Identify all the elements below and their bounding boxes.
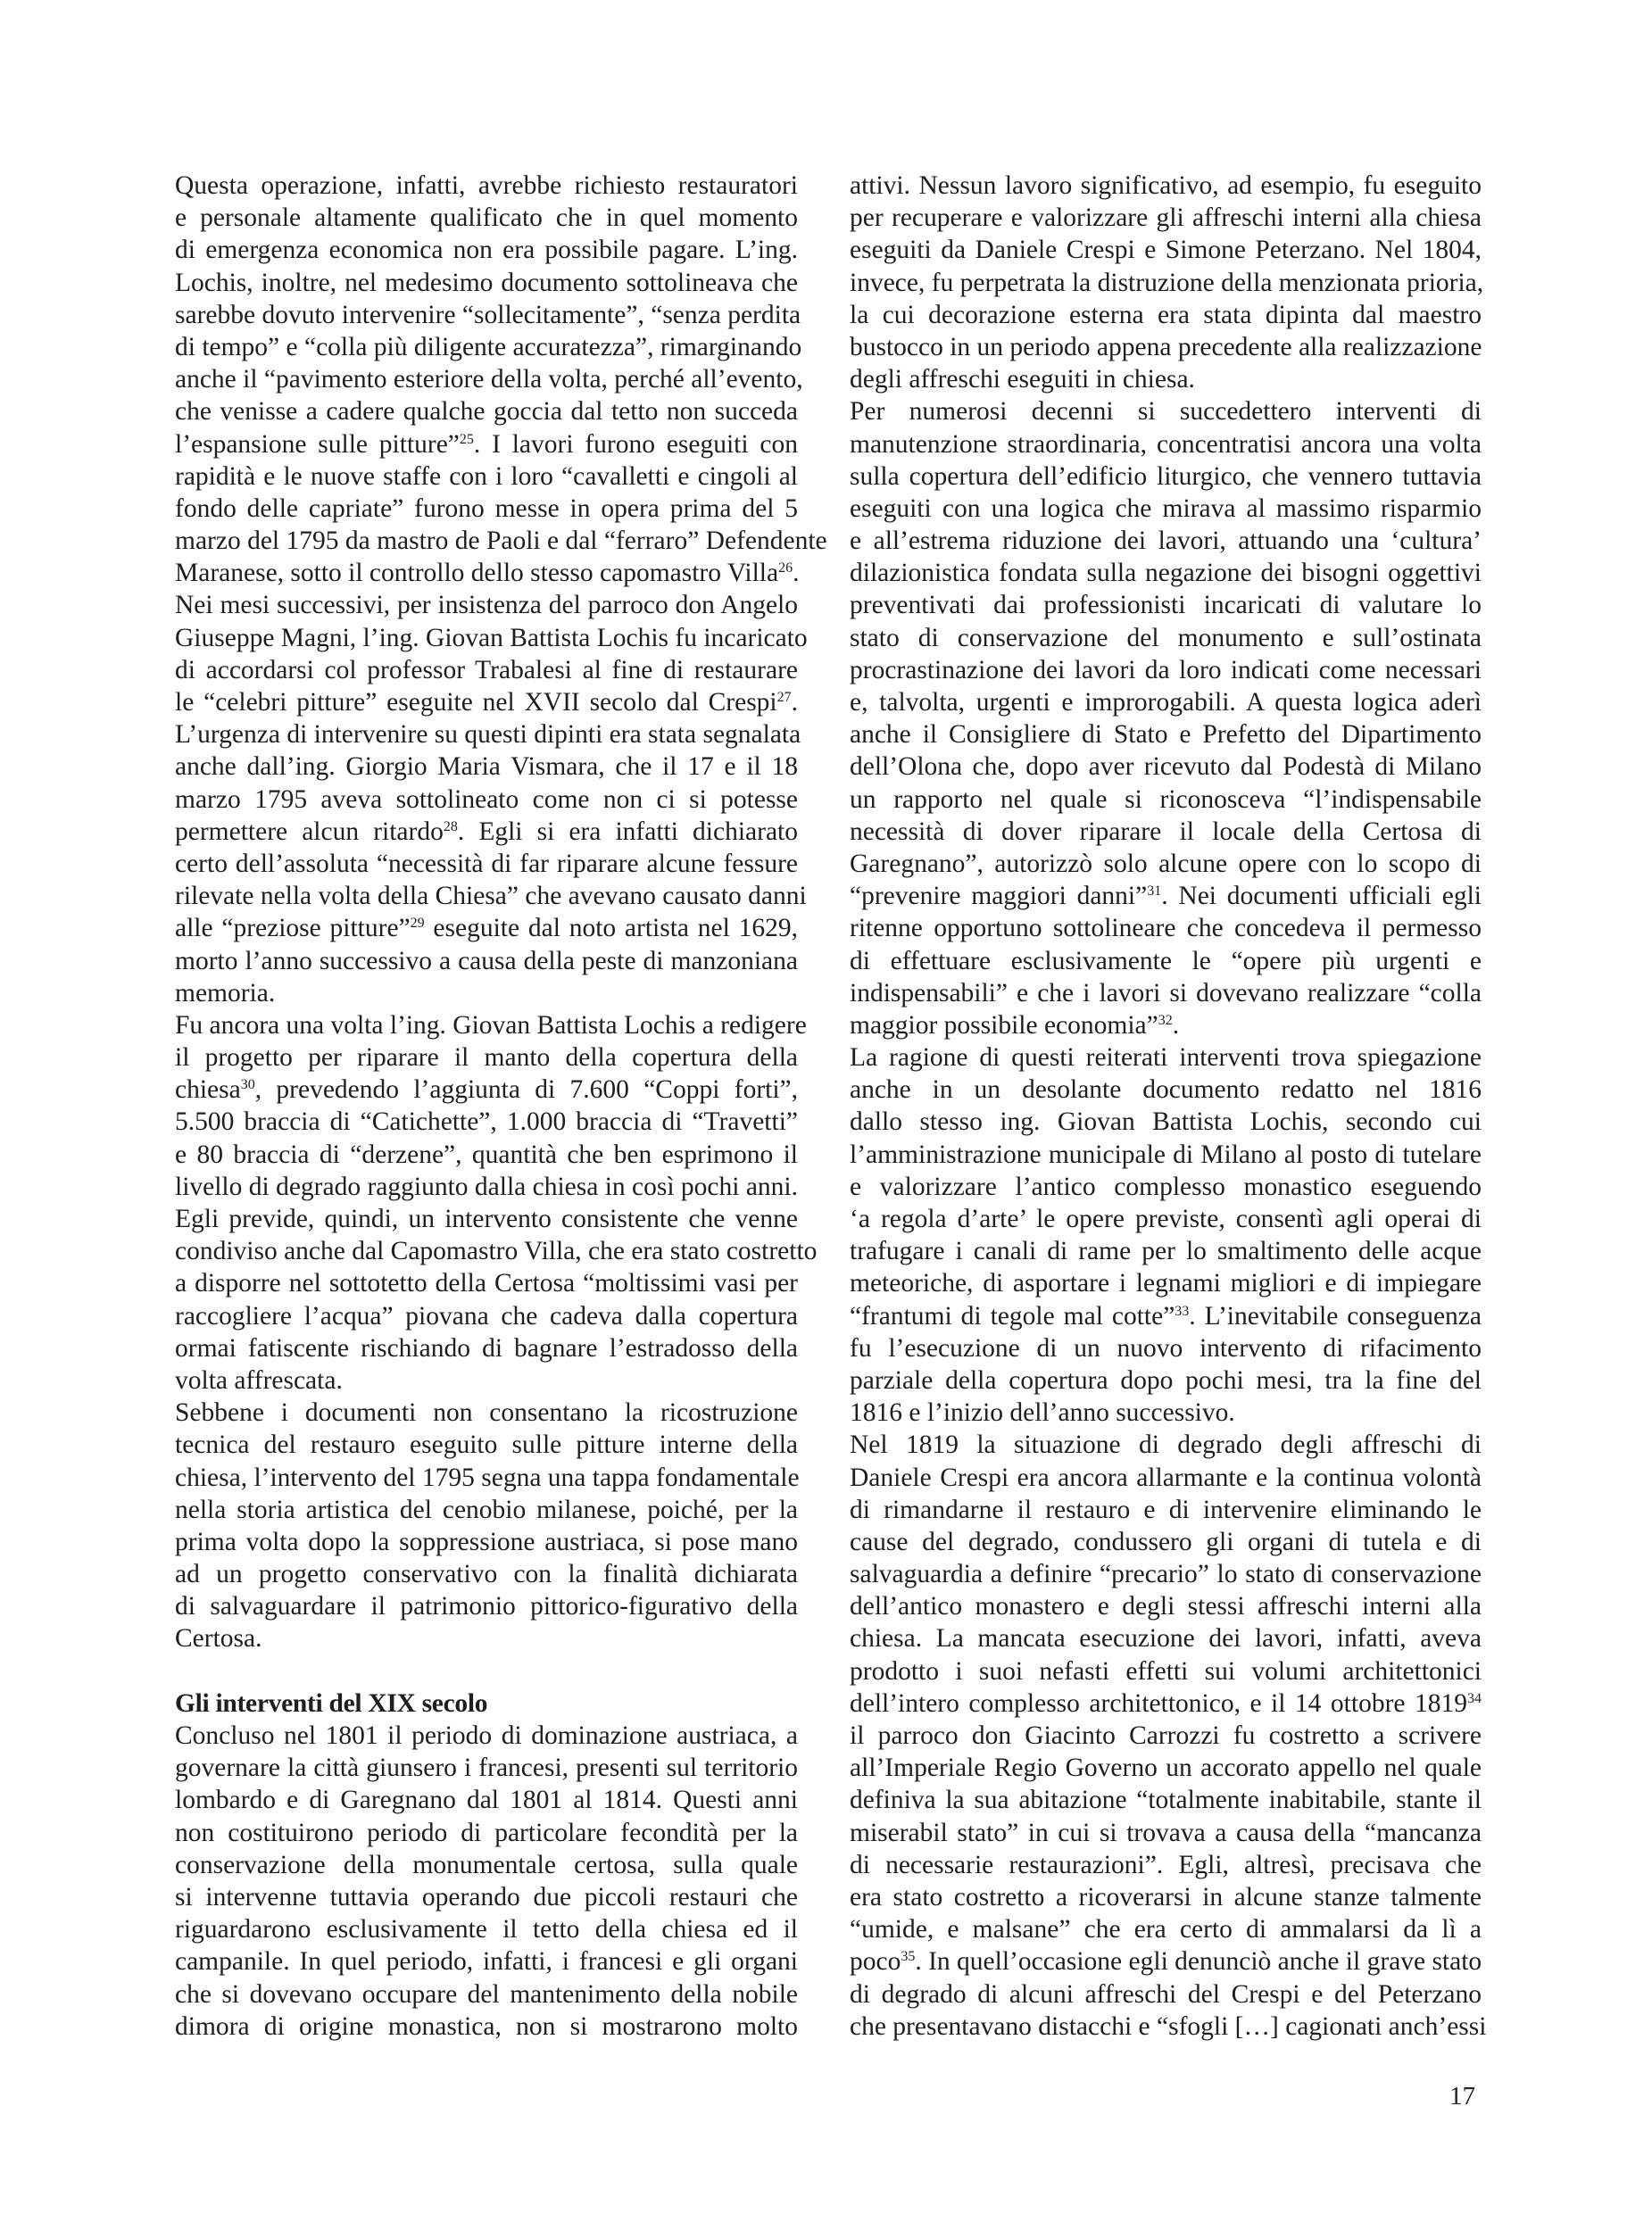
text-line: all’Imperiale Regio Governo un accorato … <box>850 1752 1482 1784</box>
text-line: di degrado di alcuni affreschi del Cresp… <box>850 1978 1482 2011</box>
text-line: conservazione della monumentale certosa,… <box>175 1849 798 1881</box>
footnote-marker: 26 <box>778 560 793 576</box>
text-line: marzo del 1795 da mastro de Paoli e dal … <box>175 525 798 557</box>
text-line: bustocco in un periodo appena precedente… <box>850 331 1482 363</box>
text-line: Questa operazione, infatti, avrebbe rich… <box>175 170 798 202</box>
text-line: “frantumi di tegole mal cotte”33. L’inev… <box>850 1300 1482 1332</box>
text-line: maggior possibile economia”32. <box>850 1009 1482 1041</box>
text-line: Daniele Crespi era ancora allarmante e l… <box>850 1462 1482 1494</box>
text-line: il progetto per riparare il manto della … <box>175 1041 798 1074</box>
text-line: necessità di dover riparare il locale de… <box>850 816 1482 848</box>
text-line: “prevenire maggiori danni”31. Nei docume… <box>850 880 1482 912</box>
text-line: manutenzione straordinaria, concentratis… <box>850 428 1482 460</box>
text-line: volta affrescata. <box>175 1364 798 1397</box>
text-line: La ragione di questi reiterati intervent… <box>850 1041 1482 1074</box>
text-line: raccogliere l’acqua” piovana che cadeva … <box>175 1300 798 1332</box>
right-column: attivi. Nessun lavoro significativo, ad … <box>850 170 1482 2043</box>
text-line: rilevate nella volta della Chiesa” che a… <box>175 880 798 912</box>
footnote-marker: 33 <box>1175 1304 1189 1319</box>
text-line: di accordarsi col professor Trabalesi al… <box>175 654 798 686</box>
text-line: di necessarie restaurazioni”. Egli, altr… <box>850 1849 1482 1881</box>
text-line: preventivati dai professionisti incarica… <box>850 589 1482 621</box>
text-line: un rapporto nel quale si riconosceva “l’… <box>850 784 1482 816</box>
text-line: sarebbe dovuto intervenire “sollecitamen… <box>175 299 798 331</box>
footnote-marker: 35 <box>901 1949 915 1964</box>
text-line: invece, fu perpetrata la distruzione del… <box>850 267 1482 299</box>
text-line: attivi. Nessun lavoro significativo, ad … <box>850 170 1482 202</box>
text-line: meteoriche, di asportare i legnami migli… <box>850 1267 1482 1299</box>
page-number: 17 <box>1449 2082 1475 2111</box>
text-line: condiviso anche dal Capomastro Villa, ch… <box>175 1235 798 1267</box>
footnote-marker: 28 <box>444 819 458 834</box>
text-line: ritenne opportuno sottolineare che conce… <box>850 912 1482 944</box>
text-line: l’amministrazione municipale di Milano a… <box>850 1139 1482 1171</box>
text-line: anche in un desolante documento redatto … <box>850 1074 1482 1106</box>
paragraph: attivi. Nessun lavoro significativo, ad … <box>850 170 1482 395</box>
text-line: che presentavano distacchi e “sfogli […]… <box>850 2011 1482 2043</box>
text-line: memoria. <box>175 977 798 1009</box>
text-line: degli affreschi eseguiti in chiesa. <box>850 363 1482 395</box>
text-line: Maranese, sotto il controllo dello stess… <box>175 557 798 589</box>
text-line: Giuseppe Magni, l’ing. Giovan Battista L… <box>175 622 798 654</box>
paragraph: Nel 1819 la situazione di degrado degli … <box>850 1429 1482 2043</box>
footnote-marker: 27 <box>777 690 792 705</box>
text-line: la cui decorazione esterna era stata dip… <box>850 299 1482 331</box>
text-line: cause del degrado, condussero gli organi… <box>850 1526 1482 1558</box>
text-line: ad un progetto conservativo con la final… <box>175 1558 798 1590</box>
text-line: e, talvolta, urgenti e improrogabili. A … <box>850 686 1482 718</box>
text-line: ‘a regola d’arte’ le opere previste, con… <box>850 1203 1482 1235</box>
text-line: e valorizzare l’antico complesso monasti… <box>850 1171 1482 1203</box>
text-line: Lochis, inoltre, nel medesimo documento … <box>175 267 798 299</box>
text-line: Egli previde, quindi, un intervento cons… <box>175 1203 798 1235</box>
text-line: e 80 braccia di “derzene”, quantità che … <box>175 1139 798 1171</box>
text-line: non costituirono periodo di particolare … <box>175 1817 798 1849</box>
text-line: e personale altamente qualificato che in… <box>175 202 798 234</box>
paragraph: La ragione di questi reiterati intervent… <box>850 1041 1482 1429</box>
text-line: morto l’anno successivo a causa della pe… <box>175 945 798 977</box>
paragraph: Sebbene i documenti non consentano la ri… <box>175 1397 798 1655</box>
text-line: dimora di origine monastica, non si most… <box>175 2011 798 2043</box>
text-line: livello di degrado raggiunto dalla chies… <box>175 1171 798 1203</box>
paragraph: Fu ancora una volta l’ing. Giovan Battis… <box>175 1009 798 1397</box>
document-page: Questa operazione, infatti, avrebbe rich… <box>0 0 1652 2214</box>
text-line: si intervenne tuttavia operando due picc… <box>175 1881 798 1913</box>
text-line: di effettuare esclusivamente le “opere p… <box>850 945 1482 977</box>
text-line: eseguiti da Daniele Crespi e Simone Pete… <box>850 234 1482 266</box>
text-line: tecnica del restauro eseguito sulle pitt… <box>175 1429 798 1461</box>
footnote-marker: 31 <box>1147 883 1161 899</box>
text-line: per recuperare e valorizzare gli affresc… <box>850 202 1482 234</box>
text-line: dell’Olona che, dopo aver ricevuto dal P… <box>850 750 1482 783</box>
footnote-marker: 25 <box>460 432 474 447</box>
text-line: anche il “pavimento esteriore della volt… <box>175 363 798 395</box>
text-line: fondo delle capriate” furono messe in op… <box>175 493 798 525</box>
text-line: miserabil stato” in cui si trovava a cau… <box>850 1817 1482 1849</box>
text-line: nella storia artistica del cenobio milan… <box>175 1494 798 1526</box>
text-line: Garegnano”, autorizzò solo alcune opere … <box>850 848 1482 880</box>
text-line: ormai fatiscente rischiando di bagnare l… <box>175 1332 798 1364</box>
text-line: L’urgenza di intervenire su questi dipin… <box>175 718 798 750</box>
text-line: prima volta dopo la soppressione austria… <box>175 1526 798 1558</box>
text-line: Concluso nel 1801 il periodo di dominazi… <box>175 1720 798 1752</box>
text-line: parziale della copertura dopo pochi mesi… <box>850 1364 1482 1397</box>
footnote-marker: 32 <box>1158 1013 1173 1028</box>
text-line: indispensabili” e che i lavori si doveva… <box>850 977 1482 1009</box>
text-line: Nei mesi successivi, per insistenza del … <box>175 589 798 621</box>
text-line: di salvaguardare il patrimonio pittorico… <box>175 1590 798 1622</box>
text-line: eseguiti con una logica che mirava al ma… <box>850 493 1482 525</box>
text-line: riguardarono esclusivamente il tetto del… <box>175 1913 798 1945</box>
text-line: marzo 1795 aveva sottolineato come non c… <box>175 784 798 816</box>
text-line: governare la città giunsero i francesi, … <box>175 1752 798 1784</box>
text-line: a disporre nel sottotetto della Certosa … <box>175 1267 798 1299</box>
text-line: Nel 1819 la situazione di degrado degli … <box>850 1429 1482 1461</box>
footnote-marker: 29 <box>411 916 425 931</box>
text-line: di emergenza economica non era possibile… <box>175 234 798 266</box>
footnote-marker: 34 <box>1467 1691 1482 1706</box>
text-line: era stato costretto a ricoverarsi in alc… <box>850 1881 1482 1913</box>
paragraph: Questa operazione, infatti, avrebbe rich… <box>175 170 798 1009</box>
text-line: chiesa30, prevedendo l’aggiunta di 7.600… <box>175 1074 798 1106</box>
text-line: chiesa, l’intervento del 1795 segna una … <box>175 1462 798 1494</box>
text-line: l’espansione sulle pitture”25. I lavori … <box>175 428 798 460</box>
text-line: lombardo e di Garegnano dal 1801 al 1814… <box>175 1784 798 1816</box>
text-line: Sebbene i documenti non consentano la ri… <box>175 1397 798 1429</box>
text-line: trafugare i canali di rame per lo smalti… <box>850 1235 1482 1267</box>
text-line: 1816 e l’inizio dell’anno successivo. <box>850 1397 1482 1429</box>
text-line: poco35. In quell’occasione egli denunciò… <box>850 1945 1482 1978</box>
footnote-marker: 30 <box>241 1077 255 1092</box>
text-line: di tempo” e “colla più diligente accurat… <box>175 331 798 363</box>
text-line: le “celebri pitture” eseguite nel XVII s… <box>175 686 798 718</box>
paragraph: Per numerosi decenni si succedettero int… <box>850 395 1482 1041</box>
text-line: “umide, e malsane” che era certo di amma… <box>850 1913 1482 1945</box>
text-line: fu l’esecuzione di un nuovo intervento d… <box>850 1332 1482 1364</box>
text-line: chiesa. La mancata esecuzione dei lavori… <box>850 1622 1482 1654</box>
text-line: procrastinazione dei lavori da loro indi… <box>850 654 1482 686</box>
text-line: alle “preziose pitture”29 eseguite dal n… <box>175 912 798 944</box>
text-line: campanile. In quel periodo, infatti, i f… <box>175 1945 798 1978</box>
text-line: sulla copertura dell’edificio liturgico,… <box>850 460 1482 493</box>
left-column: Questa operazione, infatti, avrebbe rich… <box>175 170 798 2043</box>
text-line: il parroco don Giacinto Carrozzi fu cost… <box>850 1720 1482 1752</box>
text-line: Per numerosi decenni si succedettero int… <box>850 395 1482 427</box>
text-line: 5.500 braccia di “Catichette”, 1.000 bra… <box>175 1106 798 1138</box>
text-line: e all’estrema riduzione dei lavori, attu… <box>850 525 1482 557</box>
text-line: permettere alcun ritardo28. Egli si era … <box>175 816 798 848</box>
text-line: Fu ancora una volta l’ing. Giovan Battis… <box>175 1009 798 1041</box>
text-line: che venisse a cadere qualche goccia dal … <box>175 395 798 427</box>
text-line: anche dall’ing. Giorgio Maria Vismara, c… <box>175 750 798 783</box>
text-line: che si dovevano occupare del manteniment… <box>175 1978 798 2011</box>
text-line: salvaguardia a definire “precario” lo st… <box>850 1558 1482 1590</box>
text-line: certo dell’assoluta “necessità di far ri… <box>175 848 798 880</box>
text-line: Certosa. <box>175 1622 798 1654</box>
text-line: di rimandarne il restauro e di interveni… <box>850 1494 1482 1526</box>
text-line: definiva la sua abitazione “totalmente i… <box>850 1784 1482 1816</box>
text-line: dell’intero complesso architettonico, e … <box>850 1687 1482 1720</box>
section-heading: Gli interventi del XIX secolo <box>175 1687 798 1720</box>
text-line: dell’antico monastero e degli stessi aff… <box>850 1590 1482 1622</box>
paragraph: Concluso nel 1801 il periodo di dominazi… <box>175 1720 798 2043</box>
text-line: rapidità e le nuove staffe con i loro “c… <box>175 460 798 493</box>
text-line: anche il Consigliere di Stato e Prefetto… <box>850 718 1482 750</box>
text-line: prodotto i suoi nefasti effetti sui volu… <box>850 1655 1482 1687</box>
text-line: dilazionistica fondata sulla negazione d… <box>850 557 1482 589</box>
text-line: stato di conservazione del monumento e s… <box>850 622 1482 654</box>
text-line: dallo stesso ing. Giovan Battista Lochis… <box>850 1106 1482 1138</box>
